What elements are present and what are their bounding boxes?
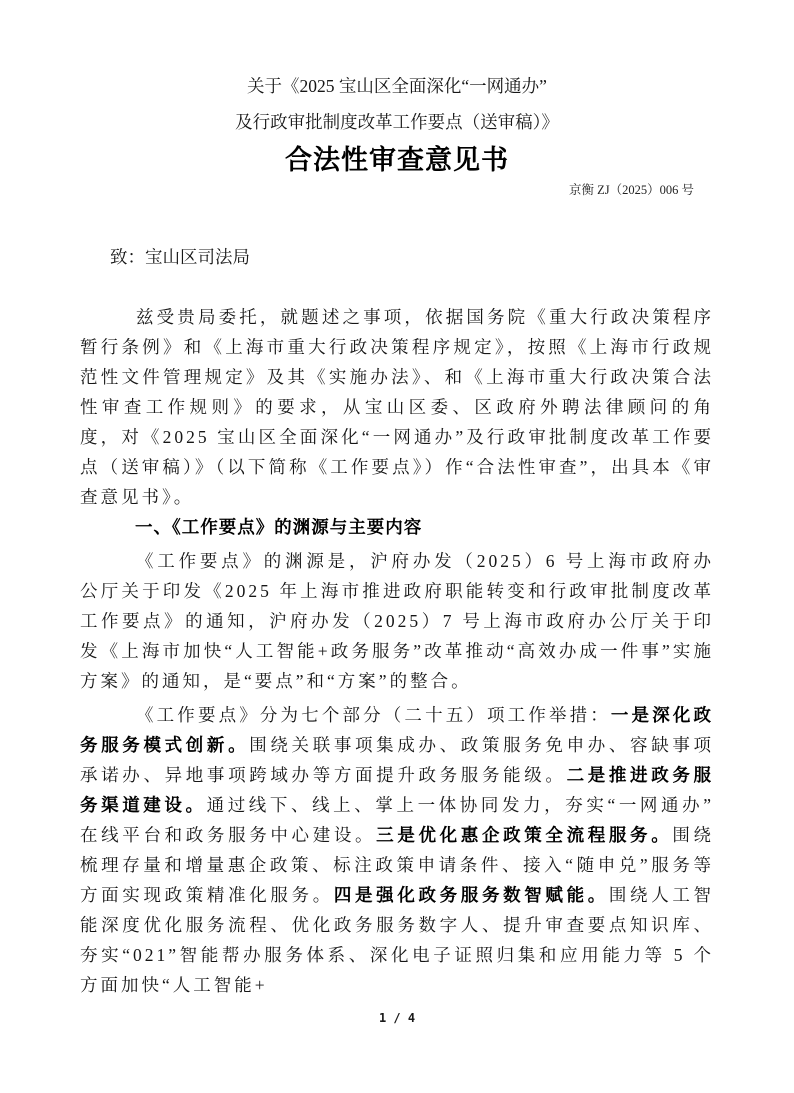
bold-text-run: 三是优化惠企政策全流程服务。: [376, 825, 672, 845]
document-title: 合法性审查意见书: [80, 140, 714, 180]
document-body: 致：宝山区司法局 兹受贵局委托，就题述之事项，依据国务院《重大行政决策程序暂行条…: [80, 242, 714, 1000]
page-footer: 1 / 4: [0, 1008, 794, 1028]
section-heading-1: 一、《工作要点》的渊源与主要内容: [80, 512, 714, 542]
salutation: 致：宝山区司法局: [80, 242, 714, 272]
document-reference-number: 京衡 ZJ（2025）006 号: [80, 182, 714, 199]
paragraph-origin: 《工作要点》的渊源是，沪府办发（2025）6 号上海市政府办公厅关于印发《202…: [80, 546, 714, 696]
document-header: 关于《2025 宝山区全面深化“一网通办” 及行政审批制度改革工作要点（送审稿）…: [80, 68, 714, 199]
subject-line-2: 及行政审批制度改革工作要点（送审稿）》: [80, 104, 714, 140]
text-run: 《工作要点》分为七个部分（二十五）项工作举措：: [136, 705, 611, 725]
paragraph-introduction: 兹受贵局委托，就题述之事项，依据国务院《重大行政决策程序暂行条例》和《上海市重大…: [80, 302, 714, 512]
paragraph-main-content: 《工作要点》分为七个部分（二十五）项工作举措：一是深化政务服务模式创新。围绕关联…: [80, 700, 714, 1000]
document-page: 关于《2025 宝山区全面深化“一网通办” 及行政审批制度改革工作要点（送审稿）…: [0, 0, 794, 1093]
subject-line-1: 关于《2025 宝山区全面深化“一网通办”: [80, 68, 714, 104]
bold-text-run: 四是强化政务服务数智赋能。: [334, 885, 609, 905]
page-number-indicator: 1 / 4: [379, 1011, 415, 1025]
